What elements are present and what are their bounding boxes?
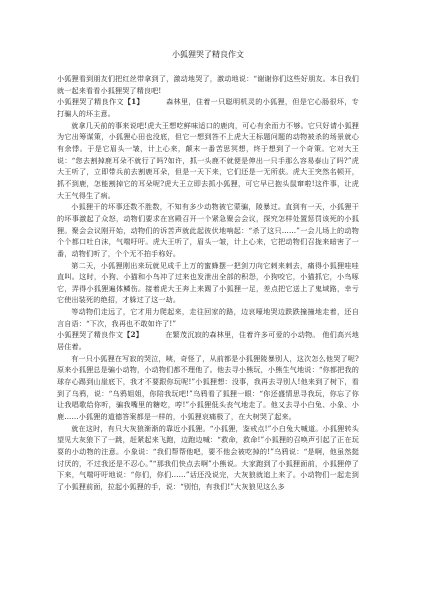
section-2-paragraph: 有一只小狐狸在写寂的哭泣，咦，奇怪了，从前都是小狐狸陵暴别人，这次怎么他哭了呢?…: [57, 353, 359, 423]
section-2-number: 【2】: [123, 330, 143, 339]
section-1-heading: 小狐狸哭了精良作文: [57, 97, 124, 106]
section-1-paragraph: 小狐狸干的坏事还数不胜数，不知有多少动物被它蒙骗，陵暴过。直到有一天，小狐狸干的…: [57, 201, 359, 259]
section-2-heading: 小狐狸哭了精良作文: [57, 330, 123, 339]
section-1-paragraph: 第二天，小狐狸刚出来玩就见成千上万的蜜蜂摆一把剑刀向它刺来刺去，痛得小狐狸哇哇直…: [57, 260, 359, 307]
document-page: 小狐狸哭了精良作文 小狐狸看到朋友们把红丝带拿到了，激动地哭了，激动地说：“谢谢…: [57, 49, 359, 493]
document-title: 小狐狸哭了精良作文: [57, 49, 359, 61]
intro-paragraph: 小狐狸看到朋友们把红丝带拿到了，激动地哭了，激动地说：“谢谢你们这些好朋友。本日…: [57, 73, 359, 96]
section-1-paragraph: 就拿几天前的事来说吧!虎大王想吃鲜味适口的鹿肉，可心有余而力不够。它只好请小狐狸…: [57, 120, 359, 202]
section-1-heading-line: 小狐狸哭了精良作文【1】森林里，住着一只聪明机灵的小狐狸，但是它心肠很坏，专打骗…: [57, 96, 359, 119]
section-1-paragraph: 等动物们走远了，它才用力爬起来，走往回家的路，边哀嚎地哭边跌跌撞撞地走着，还自言…: [57, 306, 359, 329]
section-1-number: 【1】: [124, 97, 144, 106]
section-2-heading-line: 小狐狸哭了精良作文【2】在繁茂沉寂的森林里，住着许多可爱的小动物。 他们高兴地居…: [57, 329, 359, 352]
section-2-paragraph: 就在这时，有只大灰狼渐渐的靠近小狐狸。“小狐狸，鉴戒点!”小白兔大喊道。小狐狸转…: [57, 423, 359, 493]
